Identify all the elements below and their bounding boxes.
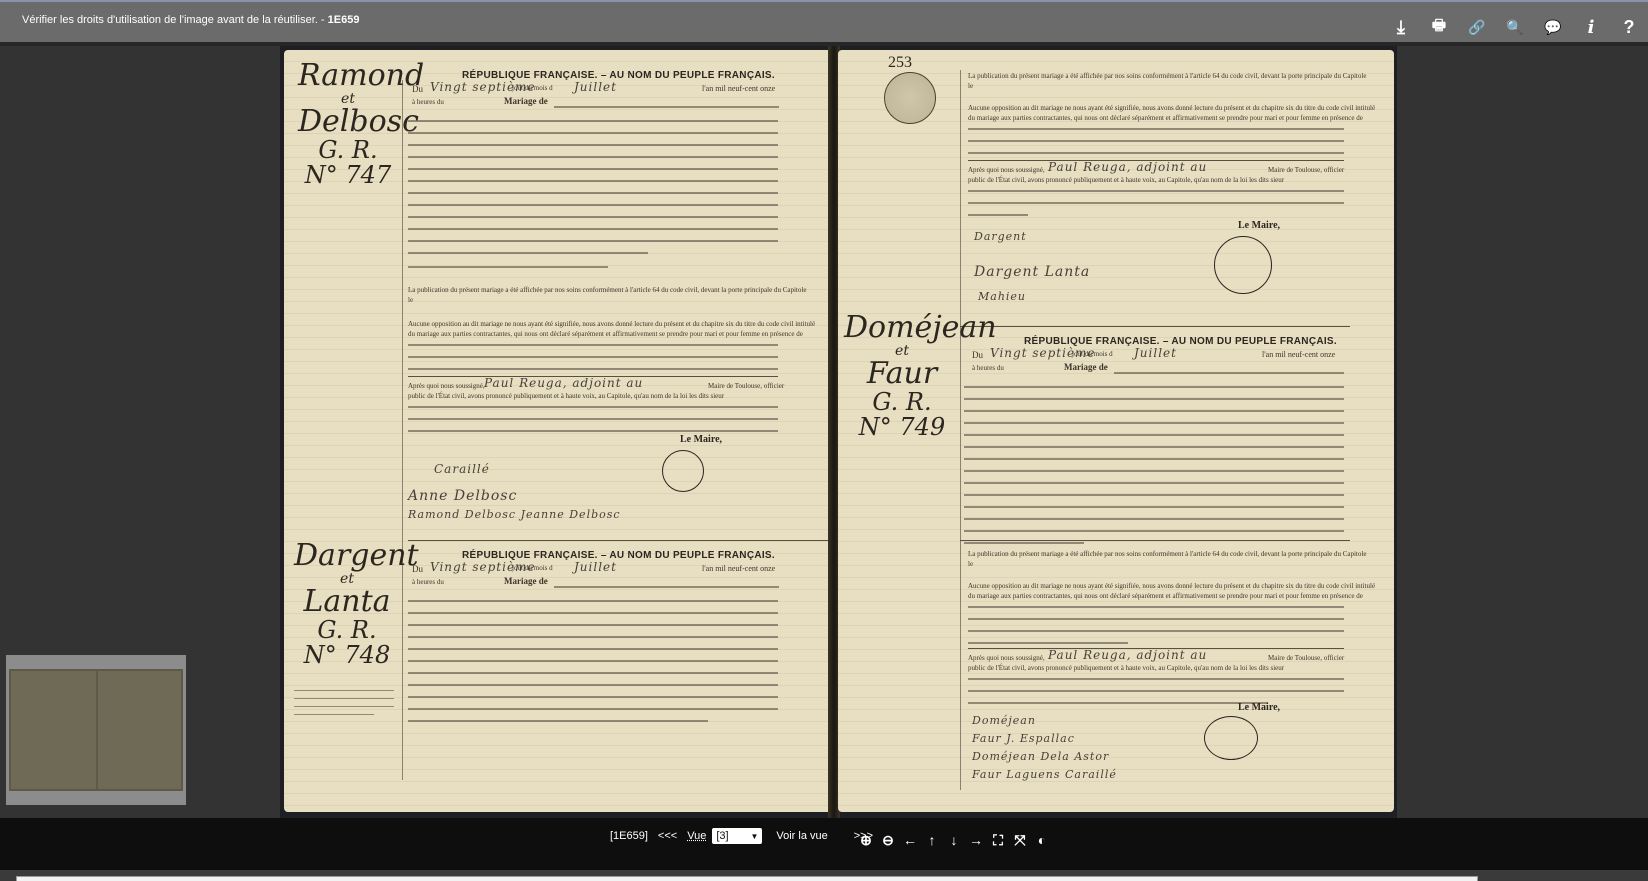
stamp [884, 72, 936, 124]
page-title: Vérifier les droits d'utilisation de l'i… [22, 14, 359, 26]
toolbar: ⤓ 🖶 🔗 🔍 💬 i ? [1390, 16, 1640, 38]
voir-la-vue-button[interactable]: Voir la vue [776, 830, 827, 842]
status-field [16, 876, 1478, 881]
le-maire-label: Le Maire, [680, 434, 722, 445]
info-icon[interactable]: i [1580, 16, 1602, 38]
viewer-tools: ⊕ ⊖ ← ↑ ↓ → ⛶ ⤧ ◐ [858, 832, 1050, 849]
bottom-navigation-bar: [1E659] <<< Vue [3] ▼ Voir la vue >>> ⊕ … [0, 818, 1648, 870]
fit-icon[interactable]: ⤧ [1012, 832, 1028, 849]
link-icon[interactable]: 🔗 [1466, 16, 1488, 38]
thumbnail-navigator[interactable] [6, 655, 186, 805]
arrow-down-icon[interactable]: ↓ [946, 832, 962, 849]
previous-view-link[interactable]: <<< [658, 830, 677, 842]
top-bar: Vérifier les droits d'utilisation de l'i… [0, 0, 1648, 42]
margin-names-748: Dargent et Lanta G. R. N° 748 [294, 540, 400, 668]
help-icon[interactable]: ? [1618, 16, 1640, 38]
contrast-icon[interactable]: ◐ [1034, 832, 1050, 849]
margin-line [402, 80, 403, 780]
download-icon[interactable]: ⤓ [1390, 16, 1412, 38]
rights-notice: Vérifier les droits d'utilisation de l'i… [22, 14, 328, 26]
thumbnail-image[interactable] [9, 669, 183, 791]
print-icon[interactable]: 🖶 [1428, 16, 1450, 38]
mayor-signature [1214, 236, 1272, 294]
arrow-right-icon[interactable]: → [968, 832, 984, 849]
view-select[interactable]: [3] ▼ [712, 828, 762, 844]
zoom-in-icon[interactable]: ⊕ [858, 832, 874, 849]
margin-names-749: Doméjean et Faur G. R. N° 749 [844, 312, 960, 440]
zoom-out-icon[interactable]: ⊖ [880, 832, 896, 849]
right-page: 253 La publication du présent mariage a … [838, 50, 1394, 812]
chevron-down-icon: ▼ [750, 832, 758, 841]
document-code: 1E659 [328, 14, 360, 26]
fullscreen-icon[interactable]: ⛶ [990, 832, 1006, 849]
left-page: Ramond et Delbosc G. R. N° 747 RÉPUBLIQU… [284, 50, 832, 812]
document-code-label: [1E659] [610, 830, 648, 842]
mayor-signature [662, 450, 704, 492]
page-number: 253 [888, 54, 912, 72]
margin-names-747: Ramond et Delbosc G. R. N° 747 [298, 60, 398, 188]
search-document-icon[interactable]: 🔍 [1504, 16, 1526, 38]
arrow-up-icon[interactable]: ↑ [924, 832, 940, 849]
vue-label: Vue [687, 830, 706, 842]
status-bar [0, 870, 1648, 881]
view-navigation: [1E659] <<< Vue [3] ▼ Voir la vue >>> [610, 828, 883, 844]
arrow-left-icon[interactable]: ← [902, 832, 918, 849]
mayor-signature [1204, 716, 1258, 760]
document-viewer[interactable]: Ramond et Delbosc G. R. N° 747 RÉPUBLIQU… [280, 46, 1397, 818]
margin-line [960, 70, 961, 790]
comment-icon[interactable]: 💬 [1542, 16, 1564, 38]
view-select-value: [3] [716, 830, 728, 842]
